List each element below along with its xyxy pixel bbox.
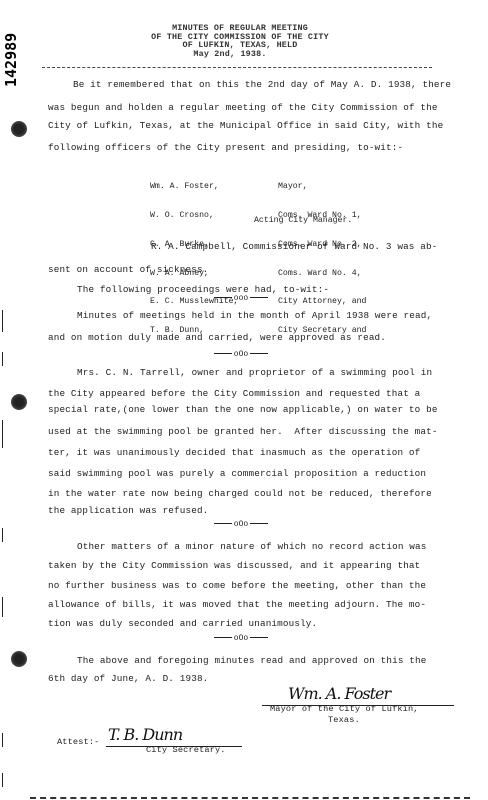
pool-line: special rate,(one lower than the one now… (48, 404, 438, 415)
approval-line: The above and foregoing minutes read and… (77, 655, 426, 666)
pool-line: in the water rate now being charged coul… (48, 488, 432, 499)
punch-hole-icon (11, 651, 27, 667)
pool-line: said swimming pool was purely a commerci… (48, 468, 426, 479)
officer-title: Coms. Ward No. 4, (278, 269, 366, 279)
other-matters-line: allowance of bills, it was moved that th… (48, 599, 426, 610)
margin-mark (2, 528, 3, 542)
officer-title: Acting City Manager. (254, 216, 352, 226)
approval-line: 6th day of June, A. D. 1938. (48, 673, 208, 684)
document-stamp-number: 142989 (2, 22, 18, 98)
secretary-signature: T. B. Dunn (108, 725, 182, 744)
margin-mark (2, 352, 3, 366)
section-separator: oOo (201, 350, 281, 359)
absence-line: R. A. Campbell, Commissioner of Ward No.… (151, 241, 437, 252)
pool-line: used at the swimming pool be granted her… (48, 426, 438, 437)
margin-mark (2, 773, 3, 787)
section-separator: ooo (201, 294, 281, 303)
other-matters-line: no further business was to come before t… (48, 580, 426, 591)
punch-hole-icon (11, 121, 27, 137)
pool-line: ter, it was unanimously decided that ina… (48, 447, 420, 458)
officer-title: Mayor, (278, 182, 366, 192)
absence-line: sent on account of sickness. (48, 264, 208, 275)
secretary-caption: City Secretary. (146, 745, 226, 755)
title-date: May 2nd, 1938. (90, 50, 370, 59)
officers-titles: Mayor, Coms. Ward No. 1, Coms. Ward No. … (278, 163, 366, 355)
attest-label: Attest:- (57, 737, 99, 747)
pool-line: Mrs. C. N. Tarrell, owner and proprietor… (77, 367, 432, 378)
punch-hole-icon (11, 394, 27, 410)
officer-name: W. O. Crosno, (150, 211, 238, 221)
section-separator: oOo (201, 520, 281, 529)
officer-title: City Attorney, and (278, 297, 366, 307)
mayor-signature: Wm. A. Foster (288, 684, 390, 703)
margin-mark (2, 597, 3, 617)
mayor-caption: Mayor of the City of Lufkin, (270, 704, 419, 714)
other-matters-line: tion was duly seconded and carried unani… (48, 618, 317, 629)
pool-line: the City appeared before the City Commis… (48, 388, 420, 399)
title-divider (42, 67, 432, 68)
pool-line: the application was refused. (48, 505, 208, 516)
margin-mark (2, 420, 3, 448)
minutes-line: Minutes of meetings held in the month of… (77, 310, 432, 321)
mayor-caption: Texas. (328, 715, 360, 725)
other-matters-line: taken by the City Commission was discuss… (48, 560, 420, 571)
bottom-edge-scan-mark (30, 797, 470, 799)
document-title: MINUTES OF REGULAR MEETING OF THE CITY C… (110, 24, 370, 58)
margin-mark (2, 733, 3, 747)
document-page: 142989 MINUTES OF REGULAR MEETING OF THE… (0, 0, 488, 800)
officer-name: Wm. A. Foster, (150, 182, 238, 192)
opening-line: following officers of the City present a… (48, 142, 403, 153)
other-matters-line: Other matters of a minor nature of which… (77, 541, 426, 552)
officers-names: Wm. A. Foster, W. O. Crosno, C. A. Burke… (150, 163, 238, 355)
section-separator: oOo (201, 634, 281, 643)
opening-line: Be it remembered that on this the 2nd da… (73, 79, 451, 90)
opening-line: was begun and holden a regular meeting o… (48, 102, 438, 113)
minutes-line: and on motion duly made and carried, wer… (48, 332, 386, 343)
opening-line: City of Lufkin, Texas, at the Municipal … (48, 120, 443, 131)
margin-mark (2, 310, 3, 332)
